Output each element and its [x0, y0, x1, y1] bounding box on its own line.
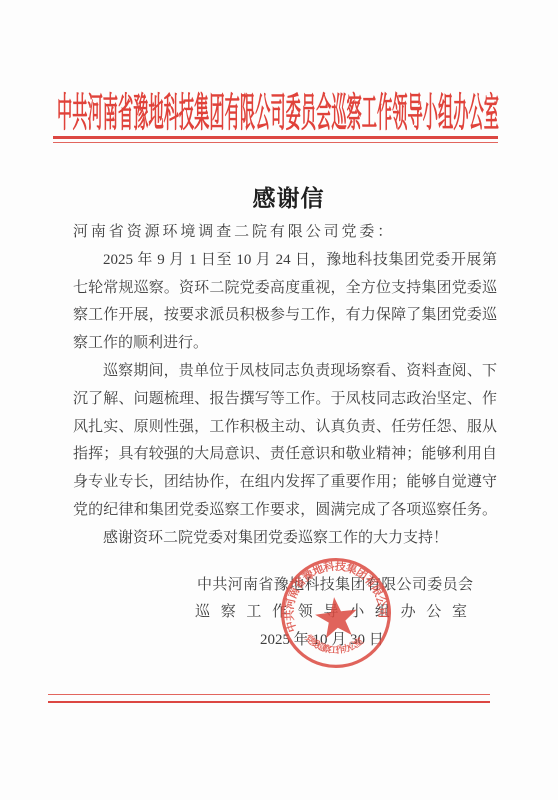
official-seal: 中共河南省豫地科技集团有限公司 党委巡察工作办公室 — [272, 549, 399, 676]
body-line: 察工作开展，按要求派员积极参与工作，有力保障了集团党委巡 — [73, 302, 497, 330]
salutation: 河南省资源环境调查二院有限公司党委： — [73, 219, 497, 247]
letterhead-rule-thin — [53, 142, 498, 143]
body-line: 感谢资环二院党委对集团党委巡察工作的大力支持！ — [73, 525, 497, 553]
star-icon — [313, 595, 359, 640]
footer-rule-thick — [48, 701, 490, 704]
body-line: 沉了解、问题梳理、报告撰写等工作。于凤枝同志政治坚定、作 — [73, 386, 497, 414]
body-line: 察工作的顺利进行。 — [73, 330, 497, 358]
body-line: 风扎实、原则性强，工作积极主动、认真负责、任劳任怨、服从 — [73, 414, 497, 442]
body-line: 党的纪律和集团党委巡察工作要求，圆满完成了各项巡察任务。 — [73, 497, 497, 525]
footer-rule-thin — [48, 694, 490, 695]
letterhead-org-text: 中共河南省豫地科技集团有限公司委员会巡察工作领导小组办公室 — [57, 92, 499, 134]
body-line: 身专业专长，团结协作，在组内发挥了重要作用；能够自觉遵守 — [73, 469, 497, 497]
body-line: 七轮常规巡察。资环二院党委高度重视，全方位支持集团党委巡 — [73, 275, 497, 303]
letterhead-rule-thick — [53, 136, 498, 139]
body-line: 指挥；具有较强的大局意识、责任意识和敬业精神；能够利用自 — [73, 441, 497, 469]
letterhead-org-line: 中共河南省豫地科技集团有限公司委员会巡察工作领导小组办公室 — [57, 92, 499, 134]
body-line: 巡察期间，贵单位于凤枝同志负责现场察看、资料查阅、下 — [73, 358, 497, 386]
body-line: 2025 年 9 月 1 日至 10 月 24 日，豫地科技集团党委开展第 — [73, 247, 497, 275]
letter-page: 中共河南省豫地科技集团有限公司委员会巡察工作领导小组办公室 感谢信 河南省资源环… — [0, 0, 558, 800]
letter-title: 感谢信 — [0, 180, 558, 213]
